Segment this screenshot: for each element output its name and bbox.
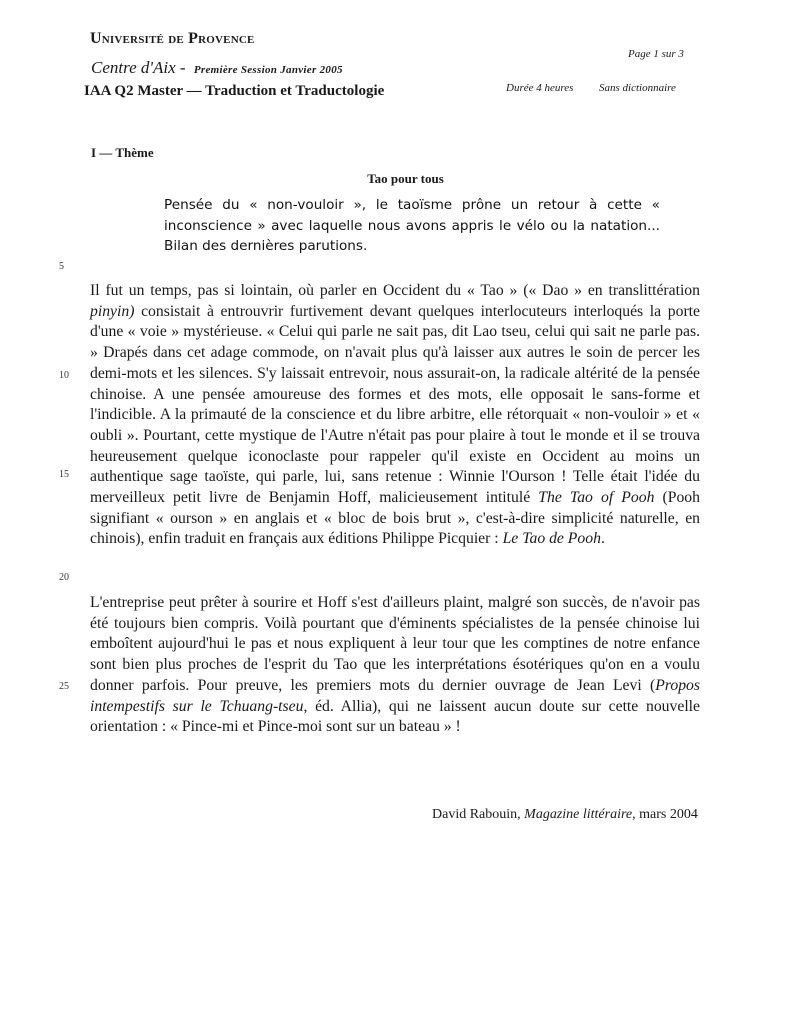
article-lead: Pensée du « non-vouloir », le taoïsme pr… [164, 195, 660, 257]
text-run: L'entreprise peut prêter à sourire et Ho… [90, 594, 700, 694]
dictionary-rule: Sans dictionnaire [599, 82, 676, 94]
line-number: 10 [59, 370, 69, 381]
line-number: 15 [59, 469, 69, 480]
text-run: . [601, 530, 605, 547]
line-number: 25 [59, 681, 69, 692]
italic-text: pinyin) [90, 303, 134, 320]
text-run: Il fut un temps, pas si lointain, où par… [90, 282, 700, 299]
signature-author: David Rabouin, [432, 807, 524, 822]
section-heading: I — Thème [91, 145, 154, 161]
signature-date: , mars 2004 [632, 807, 698, 822]
article-signature: David Rabouin, Magazine littéraire, mars… [432, 807, 698, 823]
paragraph-1: Il fut un temps, pas si lointain, où par… [90, 281, 700, 550]
italic-text: The Tao of Pooh [538, 489, 654, 506]
signature-publication: Magazine littéraire [524, 807, 632, 822]
exam-duration: Durée 4 heures [506, 82, 573, 94]
line-number: 20 [59, 572, 69, 583]
centre-line: Centre d'Aix - Première Session Janvier … [91, 58, 343, 78]
centre-name: Centre d'Aix - [91, 58, 186, 77]
university-name: Université de Provence [90, 30, 255, 48]
text-run: consistait à entrouvrir furtivement deva… [90, 303, 700, 506]
course-title: IAA Q2 Master — Traduction et Traductolo… [84, 83, 384, 100]
line-number: 5 [59, 261, 64, 272]
italic-text: Le Tao de Pooh [503, 530, 601, 547]
session-label: Première Session Janvier 2005 [194, 64, 343, 76]
paragraph-2: L'entreprise peut prêter à sourire et Ho… [90, 593, 700, 738]
article-title: Tao pour tous [0, 171, 791, 187]
page-indicator: Page 1 sur 3 [628, 48, 684, 60]
